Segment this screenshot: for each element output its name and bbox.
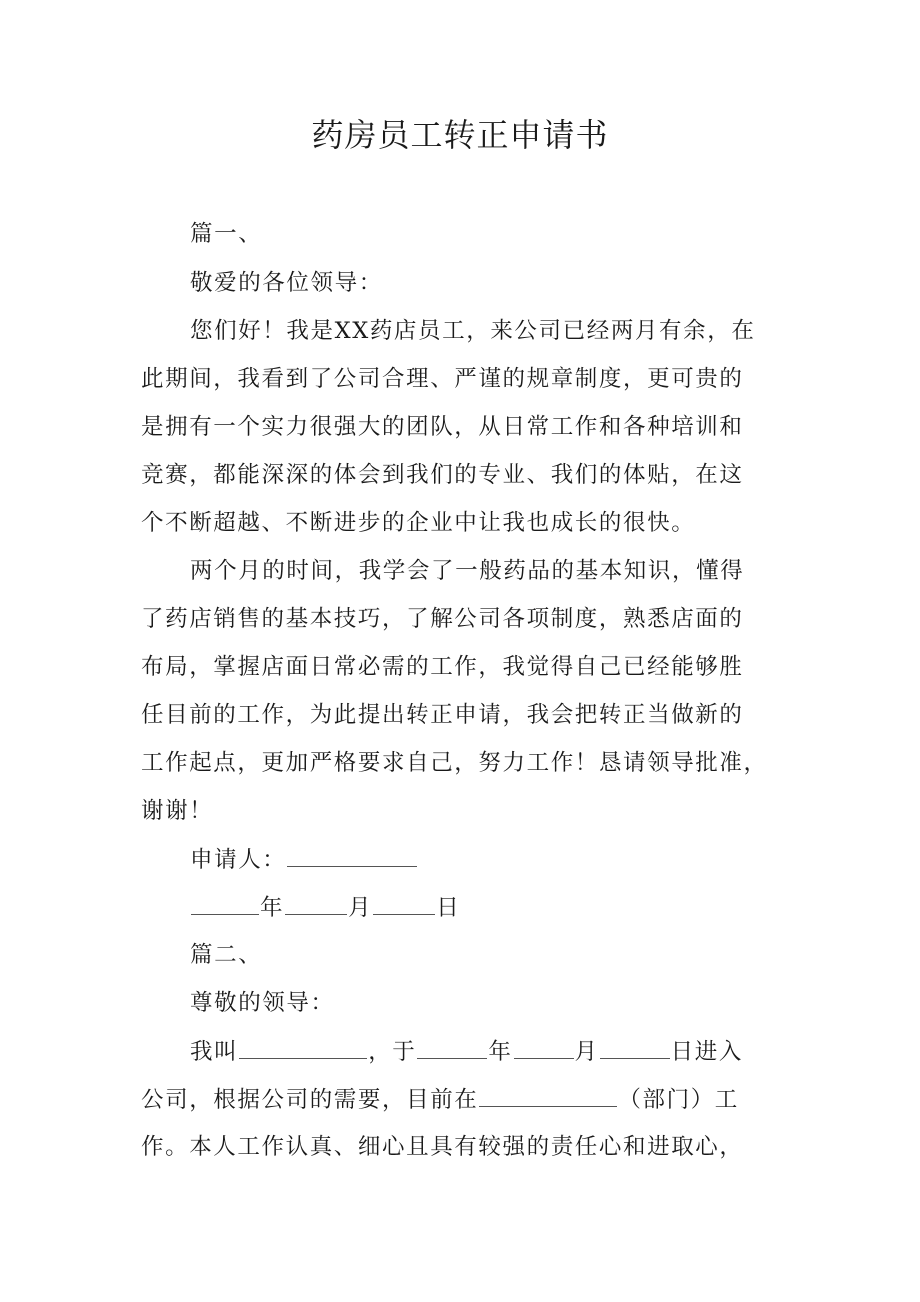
department-line: 公司，根据公司的需要，目前在（部门）工 <box>141 1084 781 1115</box>
department-prefix: 公司，根据公司的需要，目前在 <box>141 1087 478 1113</box>
paragraph-line: 是拥有一个实力很强大的团队，从日常工作和各种培训和 <box>141 412 781 442</box>
paragraph-line: 个不断超越、不断进步的企业中让我也成长的很快。 <box>141 508 781 538</box>
section-heading-1: 篇一、 <box>190 219 830 249</box>
join-month-blank[interactable] <box>514 1036 574 1059</box>
join-year-blank[interactable] <box>417 1036 487 1059</box>
salutation-1: 敬爱的各位领导： <box>190 268 830 298</box>
paragraph-line: 谢谢！ <box>141 796 781 826</box>
department-blank[interactable] <box>479 1084 617 1107</box>
document-page: 药房员工转正申请书 篇一、 敬爱的各位领导： 您们好！我是XX药店员工，来公司已… <box>0 0 920 1302</box>
month-blank[interactable] <box>285 892 347 915</box>
salutation-2: 尊敬的领导： <box>190 988 830 1018</box>
day-blank[interactable] <box>373 892 435 915</box>
applicant-label: 申请人： <box>190 847 286 873</box>
after-name-text: ，于 <box>368 1039 416 1065</box>
section-heading-2: 篇二、 <box>190 940 830 970</box>
date-line: 年月日 <box>190 892 830 923</box>
intro-line: 我叫，于年月日进入 <box>190 1036 830 1067</box>
join-day-blank[interactable] <box>600 1036 670 1059</box>
paragraph-line: 两个月的时间，我学会了一般药品的基本知识，懂得 <box>190 556 830 586</box>
paragraph-line: 此期间，我看到了公司合理、严谨的规章制度，更可贵的 <box>141 364 781 394</box>
month-label: 月 <box>575 1039 599 1065</box>
paragraph-line: 竞赛，都能深深的体会到我们的专业、我们的体贴，在这 <box>141 460 781 490</box>
paragraph-line: 工作起点，更加严格要求自己，努力工作！恳请领导批准， <box>141 748 781 778</box>
department-suffix: （部门）工 <box>618 1087 739 1113</box>
year-label: 年 <box>260 895 284 921</box>
name-prefix: 我叫 <box>190 1039 238 1065</box>
applicant-line: 申请人： <box>190 844 830 875</box>
paragraph-line: 布局，掌握店面日常必需的工作，我觉得自己已经能够胜 <box>141 652 781 682</box>
paragraph-line: 任目前的工作，为此提出转正申请，我会把转正当做新的 <box>141 700 781 730</box>
month-label: 月 <box>348 895 372 921</box>
day-label: 日 <box>436 895 460 921</box>
name-blank[interactable] <box>239 1036 367 1059</box>
paragraph-line: 您们好！我是XX药店员工，来公司已经两月有余，在 <box>190 316 830 346</box>
year-blank[interactable] <box>191 892 259 915</box>
paragraph-line: 作。本人工作认真、细心且具有较强的责任心和进取心， <box>141 1132 781 1162</box>
paragraph-line: 了药店销售的基本技巧，了解公司各项制度，熟悉店面的 <box>141 604 781 634</box>
applicant-name-blank[interactable] <box>287 844 417 867</box>
document-title: 药房员工转正申请书 <box>0 112 920 158</box>
day-suffix-text: 日进入 <box>671 1039 743 1065</box>
year-label: 年 <box>488 1039 512 1065</box>
